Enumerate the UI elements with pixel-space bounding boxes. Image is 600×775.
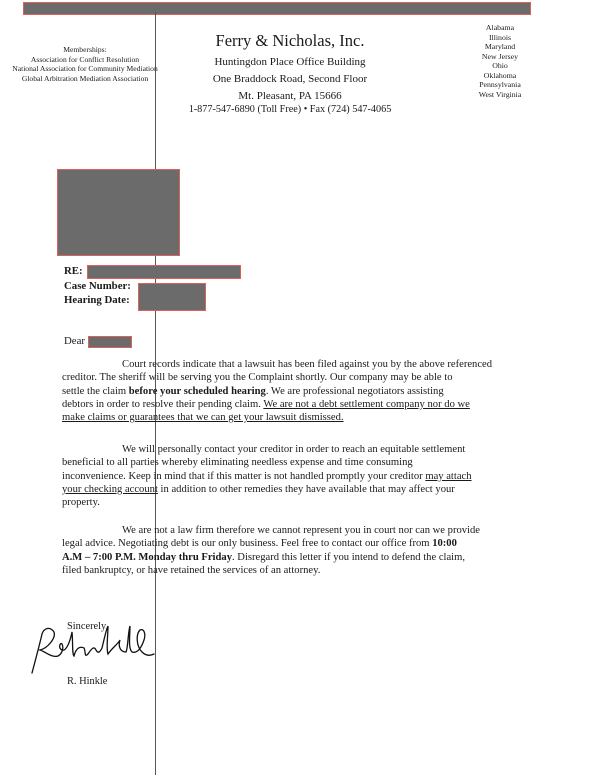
address-city: Mt. Pleasant, PA 15666: [160, 90, 420, 102]
signature-icon: [28, 618, 158, 678]
paragraph-line: inconvenience. Keep in mind that if this…: [62, 470, 522, 483]
paragraph-3: We are not a law firm therefore we canno…: [62, 524, 522, 577]
state-item: Oklahoma: [470, 71, 530, 81]
address-building: Huntingdon Place Office Building: [160, 56, 420, 68]
paragraph-line: A.M – 7:00 P.M. Monday thru Friday. Disr…: [62, 551, 522, 564]
case-number-label: Case Number:: [64, 280, 131, 292]
redacted-re-value: [87, 265, 241, 279]
paragraph-line: filed bankruptcy, or have retained the s…: [62, 564, 522, 577]
memberships-block: Memberships: Association for Conflict Re…: [0, 45, 170, 83]
paragraph-line: make claims or guarantees that we can ge…: [62, 411, 522, 424]
paragraph-line: property.: [62, 496, 522, 509]
paragraph-1: Court records indicate that a lawsuit ha…: [62, 358, 522, 424]
membership-item: National Association for Community Media…: [0, 64, 170, 74]
paragraph-line: Court records indicate that a lawsuit ha…: [62, 358, 522, 371]
membership-item: Association for Conflict Resolution: [0, 55, 170, 65]
state-item: Illinois: [470, 33, 530, 43]
hearing-date-label: Hearing Date:: [64, 294, 130, 306]
state-item: Alabama: [470, 23, 530, 33]
paragraph-line: beneficial to all parties whereby elimin…: [62, 456, 522, 469]
paragraph-line: creditor. The sheriff will be serving yo…: [62, 371, 522, 384]
redacted-recipient-address: [57, 169, 180, 256]
salutation: Dear: [64, 335, 85, 347]
paragraph-line: legal advice. Negotiating debt is our on…: [62, 537, 522, 550]
paragraph-2: We will personally contact your creditor…: [62, 443, 522, 509]
phone-fax-line: 1-877-547-6890 (Toll Free) • Fax (724) 5…: [150, 104, 430, 115]
paragraph-line: settle the claim before your scheduled h…: [62, 385, 522, 398]
state-item: Ohio: [470, 61, 530, 71]
state-item: New Jersey: [470, 52, 530, 62]
redacted-header-bar: [23, 2, 531, 15]
paragraph-line: debtors in order to resolve their pendin…: [62, 398, 522, 411]
states-list: Alabama Illinois Maryland New Jersey Ohi…: [470, 23, 530, 99]
paragraph-line: We are not a law firm therefore we canno…: [62, 524, 522, 537]
paragraph-line: your checking account in addition to oth…: [62, 483, 522, 496]
re-label: RE:: [64, 265, 83, 277]
memberships-title: Memberships:: [0, 45, 170, 55]
redacted-recipient-name: [88, 336, 132, 348]
state-item: Pennsylvania: [470, 80, 530, 90]
membership-item: Global Arbitration Mediation Association: [0, 74, 170, 84]
state-item: West Virginia: [470, 90, 530, 100]
redacted-case-hearing-values: [138, 283, 206, 311]
address-street: One Braddock Road, Second Floor: [160, 73, 420, 85]
company-name: Ferry & Nicholas, Inc.: [160, 31, 420, 51]
state-item: Maryland: [470, 42, 530, 52]
signer-name: R. Hinkle: [67, 676, 107, 687]
paragraph-line: We will personally contact your creditor…: [62, 443, 522, 456]
